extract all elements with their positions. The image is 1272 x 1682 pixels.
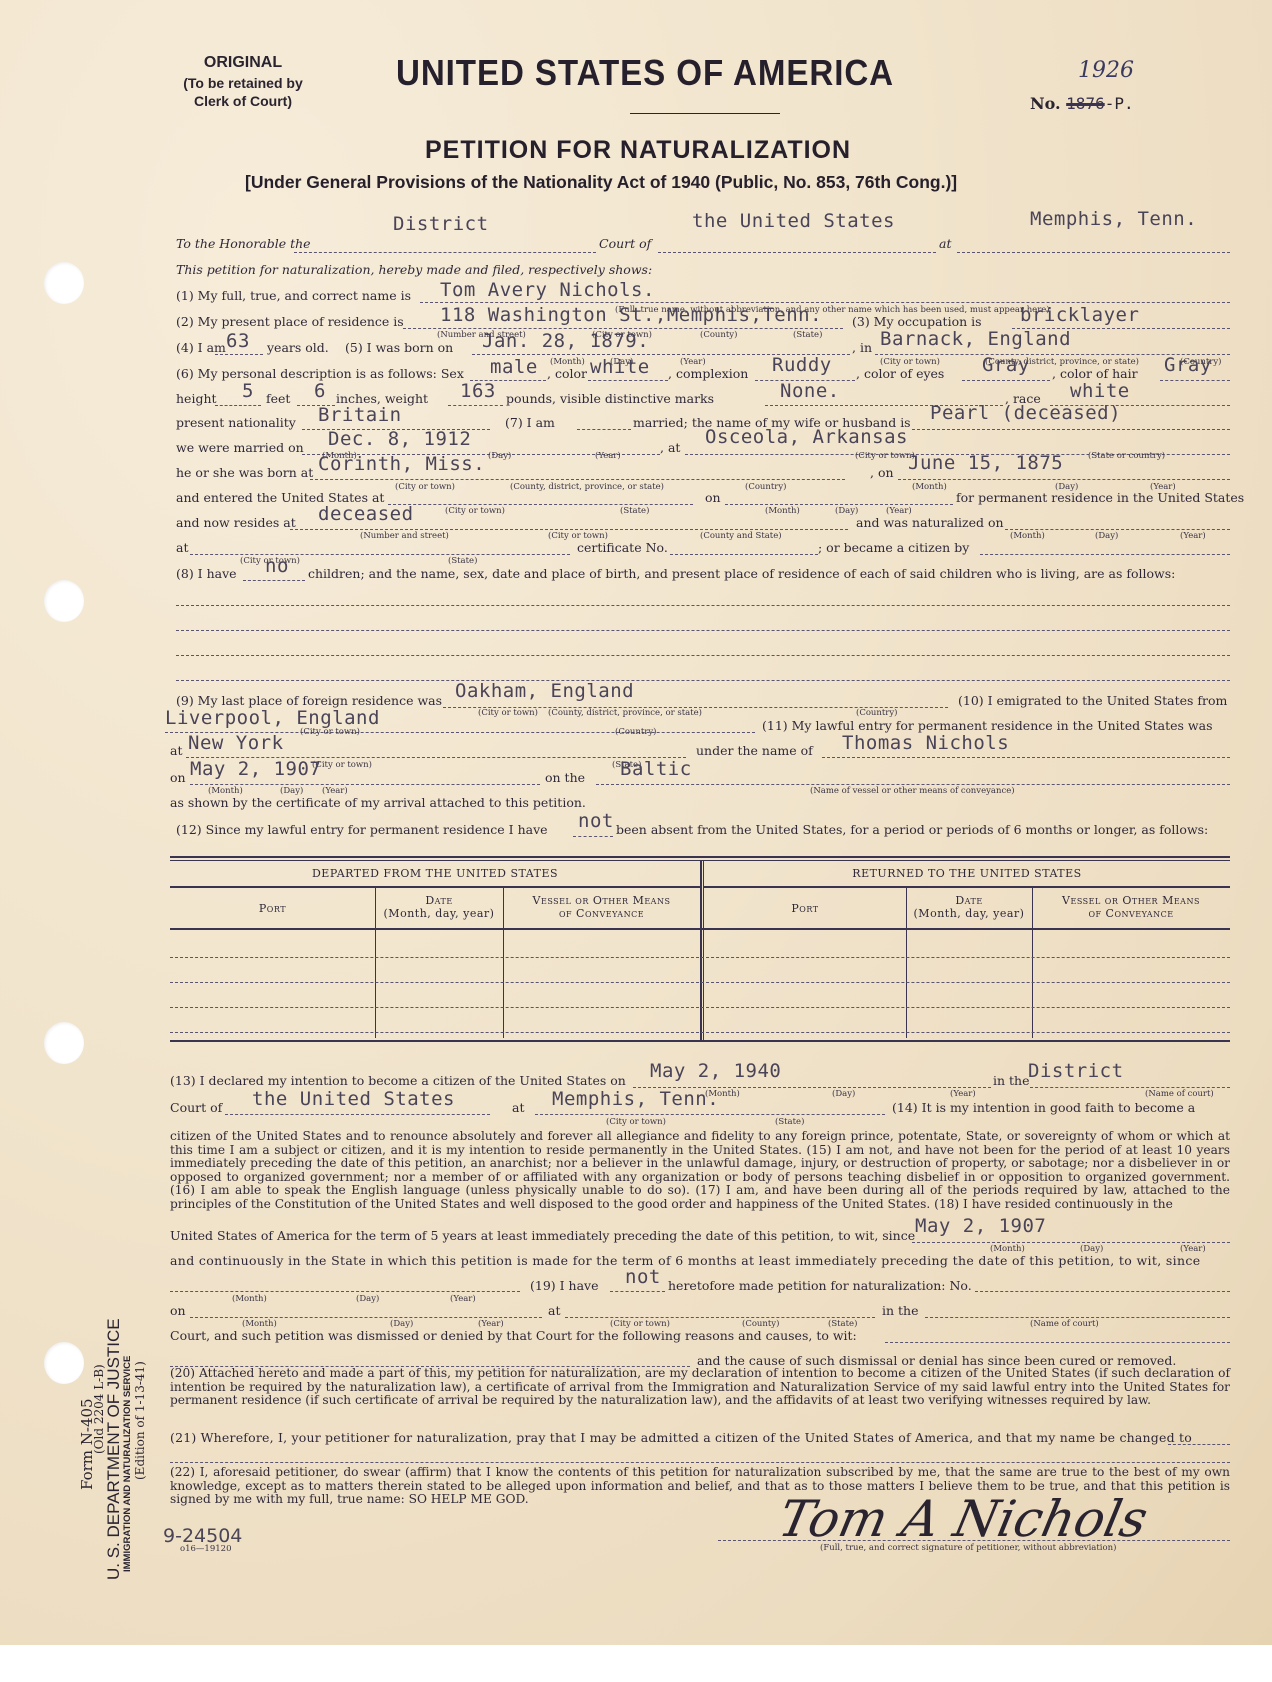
document-title: UNITED STATES OF AMERICA: [396, 52, 894, 94]
caption: (City or town): [855, 451, 915, 461]
children-line: [176, 655, 1230, 656]
in-the-label: in the: [882, 1303, 919, 1318]
residence-value: 118 Washington St.,Memphis,Tenn.: [440, 304, 822, 326]
caption: (Name of court): [1145, 1089, 1214, 1099]
marks-value: None.: [780, 380, 840, 402]
col-date-sub: (Month, day, year): [914, 907, 1025, 920]
petition-number-suffix: -P.: [1105, 94, 1134, 113]
naturalized-label: and was naturalized on: [856, 515, 1004, 530]
spouse-on-label: , on: [870, 465, 894, 480]
caption: (Name of vessel or other means of convey…: [810, 786, 1015, 796]
caption: (Day): [488, 451, 511, 461]
q14-start: (14) It is my intention in good faith to…: [892, 1100, 1195, 1115]
age-value: 63: [226, 330, 250, 352]
col-date-label: Date: [425, 894, 452, 907]
q13-label: (13) I declared my intention to become a…: [170, 1073, 626, 1088]
paragraph-21: (21) Wherefore, I, your petitioner for n…: [170, 1430, 1192, 1445]
height-feet-value: 5: [242, 380, 254, 402]
q4-label: (4) I am: [176, 340, 226, 355]
department-name: U. S. DEPARTMENT OF JUSTICE: [104, 1318, 124, 1580]
punch-hole: [44, 262, 84, 304]
print-code: o16—19120: [180, 1544, 231, 1554]
caption: (State): [793, 330, 822, 340]
returned-header: RETURNED TO THE UNITED STATES: [704, 867, 1230, 880]
col-vessel-label: Vessel or Other Means: [533, 894, 671, 907]
handwritten-number: 1926: [1078, 58, 1134, 83]
height-inches-value: 6: [314, 380, 326, 402]
q10-label: (10) I emigrated to the United States fr…: [958, 693, 1227, 708]
under-name-label: under the name of: [696, 743, 813, 758]
col-port-departed: Port: [170, 902, 375, 915]
weight-value: 163: [460, 380, 496, 402]
petition-number-struck: 1876: [1066, 94, 1105, 113]
birth-place-value: Barnack, England: [880, 328, 1071, 350]
complexion-label: , complexion: [668, 366, 748, 381]
court-of-label: Court of: [599, 236, 651, 251]
dismissed-label: Court, and such petition was dismissed o…: [170, 1328, 857, 1343]
col-vessel-label: Vessel or Other Means: [1062, 894, 1200, 907]
declared-on-value: May 2, 1940: [650, 1060, 781, 1082]
entered-on-label: on: [705, 490, 721, 505]
q12-label: (12) Since my lawful entry for permanent…: [176, 822, 548, 837]
col-date-returned: Date(Month, day, year): [906, 894, 1032, 920]
col-port-returned: Port: [704, 902, 906, 915]
table-row: [170, 957, 1230, 958]
married-on-value: Dec. 8, 1912: [328, 428, 471, 450]
hair-value: Gray: [1164, 354, 1212, 376]
q4-suffix: years old.: [267, 340, 329, 355]
caption: (Month): [232, 1294, 267, 1304]
title-rule: [630, 113, 780, 114]
became-citizen-label: ; or became a citizen by: [818, 540, 969, 555]
full-name-value: Tom Avery Nichols.: [440, 279, 655, 301]
punch-hole: [44, 1342, 84, 1384]
caption: (City or town): [395, 482, 455, 492]
color-value: white: [590, 356, 650, 378]
spouse-born-on-value: June 15, 1875: [908, 452, 1063, 474]
in-label: , in: [852, 340, 872, 355]
now-resides-label: and now resides at: [176, 515, 296, 530]
caption: (City or town): [606, 1117, 666, 1127]
caption: (Year): [950, 1089, 976, 1099]
at-label: at: [512, 1100, 524, 1115]
declared-court-value: District: [1028, 1060, 1124, 1082]
q8-suffix: children; and the name, sex, date and pl…: [308, 566, 1175, 581]
spouse-value: Pearl (deceased): [930, 402, 1121, 424]
caption: (Country): [856, 708, 897, 718]
entry-on-value: May 2, 1907: [190, 758, 321, 780]
caption: (County and State): [700, 531, 782, 541]
hair-label: , color of hair: [1052, 366, 1138, 381]
caption: (City or town): [445, 506, 505, 516]
height-label: height: [176, 391, 217, 406]
petition-document: ORIGINAL (To be retained by Clerk of Cou…: [0, 0, 1272, 1645]
q1-label: (1) My full, true, and correct name is: [176, 288, 411, 303]
q19-label: (19) I have: [530, 1278, 599, 1293]
caption: (Year): [1180, 531, 1206, 541]
paragraph-20: (20) Attached hereto and made a part of …: [170, 1367, 1230, 1408]
q5-label: (5) I was born on: [345, 340, 453, 355]
arrival-note: as shown by the certificate of my arriva…: [170, 795, 586, 810]
court-location-value: Memphis, Tenn.: [1030, 208, 1197, 230]
children-line: [176, 680, 1230, 681]
col-vessel-returned: Vessel or Other Meansof Conveyance: [1032, 894, 1230, 920]
caption: (Day): [835, 506, 858, 516]
paragraph-14-18: citizen of the United States and to reno…: [170, 1130, 1230, 1212]
q2-label: (2) My present place of residence is: [176, 314, 404, 329]
children-line: [176, 605, 1230, 606]
at-label: at: [176, 540, 188, 555]
emigrated-from-value: Liverpool, England: [165, 707, 380, 729]
occupation-value: bricklayer: [1020, 304, 1139, 326]
pounds-label: pounds, visible distinctive marks: [506, 391, 714, 406]
race-value: white: [1070, 380, 1130, 402]
q6-label: (6) My personal description is as follow…: [176, 366, 464, 381]
table-row: [170, 1007, 1230, 1008]
petition-number: No. 1876-P.: [1030, 94, 1134, 113]
table-row: [170, 1032, 1230, 1033]
state-term-label: and continuously in the State in which t…: [170, 1253, 1200, 1268]
col-vessel-sub: of Conveyance: [559, 907, 644, 920]
caption: (County): [700, 330, 737, 340]
married-on-label: we were married on: [176, 440, 304, 455]
declared-court-of-value: the United States: [252, 1088, 455, 1110]
signature-caption: (Full, true, and correct signature of pe…: [820, 1543, 1116, 1553]
service-name: IMMIGRATION AND NATURALIZATION SERVICE: [122, 1356, 133, 1572]
in-the-label: in the: [993, 1073, 1030, 1088]
caption: (Year): [450, 1294, 476, 1304]
children-line: [176, 630, 1230, 631]
q9-label: (9) My last place of foreign residence w…: [176, 693, 442, 708]
caption: (Number and street): [360, 531, 449, 541]
caption: (City or town): [478, 708, 538, 718]
eyes-label: , color of eyes: [856, 366, 944, 381]
col-date-departed: Date(Month, day, year): [375, 894, 503, 920]
col-vessel-sub: of Conveyance: [1088, 907, 1173, 920]
caption: (Month): [765, 506, 800, 516]
prior-petition-value: not: [625, 1266, 661, 1288]
married-at-value: Osceola, Arkansas: [705, 426, 908, 448]
q12-suffix: been absent from the United States, for …: [616, 822, 1208, 837]
caption: (Name of court): [1030, 1319, 1099, 1329]
court-type-value: District: [393, 213, 489, 235]
col-date-sub: (Month, day, year): [384, 907, 495, 920]
spouse-born-label: he or she was born at: [176, 465, 313, 480]
complexion-value: Ruddy: [772, 354, 832, 376]
birth-date-value: Jan. 28, 1879.: [482, 330, 649, 352]
petition-number-label: No.: [1030, 94, 1061, 113]
provisions-line: [Under General Provisions of the Nationa…: [245, 172, 957, 193]
edition: (Edition of 1-13-41): [133, 1361, 147, 1480]
q8-label: (8) I have: [176, 566, 237, 581]
punch-hole: [44, 1022, 84, 1064]
caption: (Day): [832, 1089, 855, 1099]
caption: (Month): [912, 482, 947, 492]
caption: (State): [448, 556, 477, 566]
feet-label: feet: [266, 391, 290, 406]
col-vessel-departed: Vessel or Other Meansof Conveyance: [503, 894, 700, 920]
sex-value: male: [490, 356, 538, 378]
vessel-value: Baltic: [620, 758, 692, 780]
at-label: at: [939, 236, 951, 251]
caption: (County, district, province, or state): [548, 708, 702, 718]
petition-title: PETITION FOR NATURALIZATION: [425, 136, 851, 165]
resided-label: United States of America for the term of…: [170, 1228, 915, 1243]
caption: (Day): [1095, 531, 1118, 541]
court-of-value: the United States: [692, 210, 895, 232]
caption: (County, district, province, or state): [510, 482, 664, 492]
resided-since-value: May 2, 1907: [915, 1215, 1046, 1237]
caption: (Day): [356, 1294, 379, 1304]
retain-note-2: Clerk of Court): [158, 93, 328, 109]
table-row: [170, 982, 1230, 983]
eyes-value: Gray: [982, 354, 1030, 376]
caption: (Month): [1010, 531, 1045, 541]
q7-label: (7) I am: [505, 415, 555, 430]
spouse-born-at-value: Corinth, Miss.: [318, 453, 485, 475]
caption: (Country): [745, 482, 786, 492]
to-honorable-label: To the Honorable the: [176, 236, 311, 251]
q19-suffix: heretofore made petition for naturalizat…: [668, 1278, 972, 1293]
entry-on-label: on: [170, 770, 186, 785]
entry-at-label: at: [170, 743, 182, 758]
col-date-label: Date: [955, 894, 982, 907]
punch-hole: [44, 580, 84, 622]
entry-at-value: New York: [188, 732, 284, 754]
departed-header: DEPARTED FROM THE UNITED STATES: [170, 867, 700, 880]
q3-label: (3) My occupation is: [852, 314, 982, 329]
at-label: at: [548, 1303, 560, 1318]
caption: (Country): [615, 727, 656, 737]
q11-label: (11) My lawful entry for permanent resid…: [762, 718, 1213, 733]
foreign-residence-value: Oakham, England: [455, 680, 634, 702]
caption: (State): [620, 506, 649, 516]
now-resides-value: deceased: [318, 503, 414, 525]
children-value: no: [265, 555, 289, 577]
caption: (State): [775, 1117, 804, 1127]
entry-name-value: Thomas Nichols: [842, 732, 1009, 754]
color-label: , color: [547, 366, 587, 381]
on-label: on: [170, 1303, 186, 1318]
nationality-value: Britain: [318, 404, 402, 426]
nationality-label: present nationality: [176, 415, 296, 430]
original-label: ORIGINAL: [193, 54, 293, 72]
permanent-label: for permanent residence in the United St…: [956, 490, 1244, 505]
certificate-label: certificate No.: [577, 540, 668, 555]
absent-value: not: [578, 810, 614, 832]
caption: (State or country): [1088, 451, 1165, 461]
caption: (City or town): [300, 727, 360, 737]
caption: (Year): [595, 451, 621, 461]
on-the-label: on the: [545, 770, 585, 785]
declared-at-value: Memphis, Tenn.: [552, 1088, 719, 1110]
married-at-label: , at: [660, 440, 680, 455]
retain-note-1: (To be retained by: [158, 75, 328, 91]
court-of-label: Court of: [170, 1100, 222, 1115]
petition-intro: This petition for naturalization, hereby…: [176, 262, 652, 277]
